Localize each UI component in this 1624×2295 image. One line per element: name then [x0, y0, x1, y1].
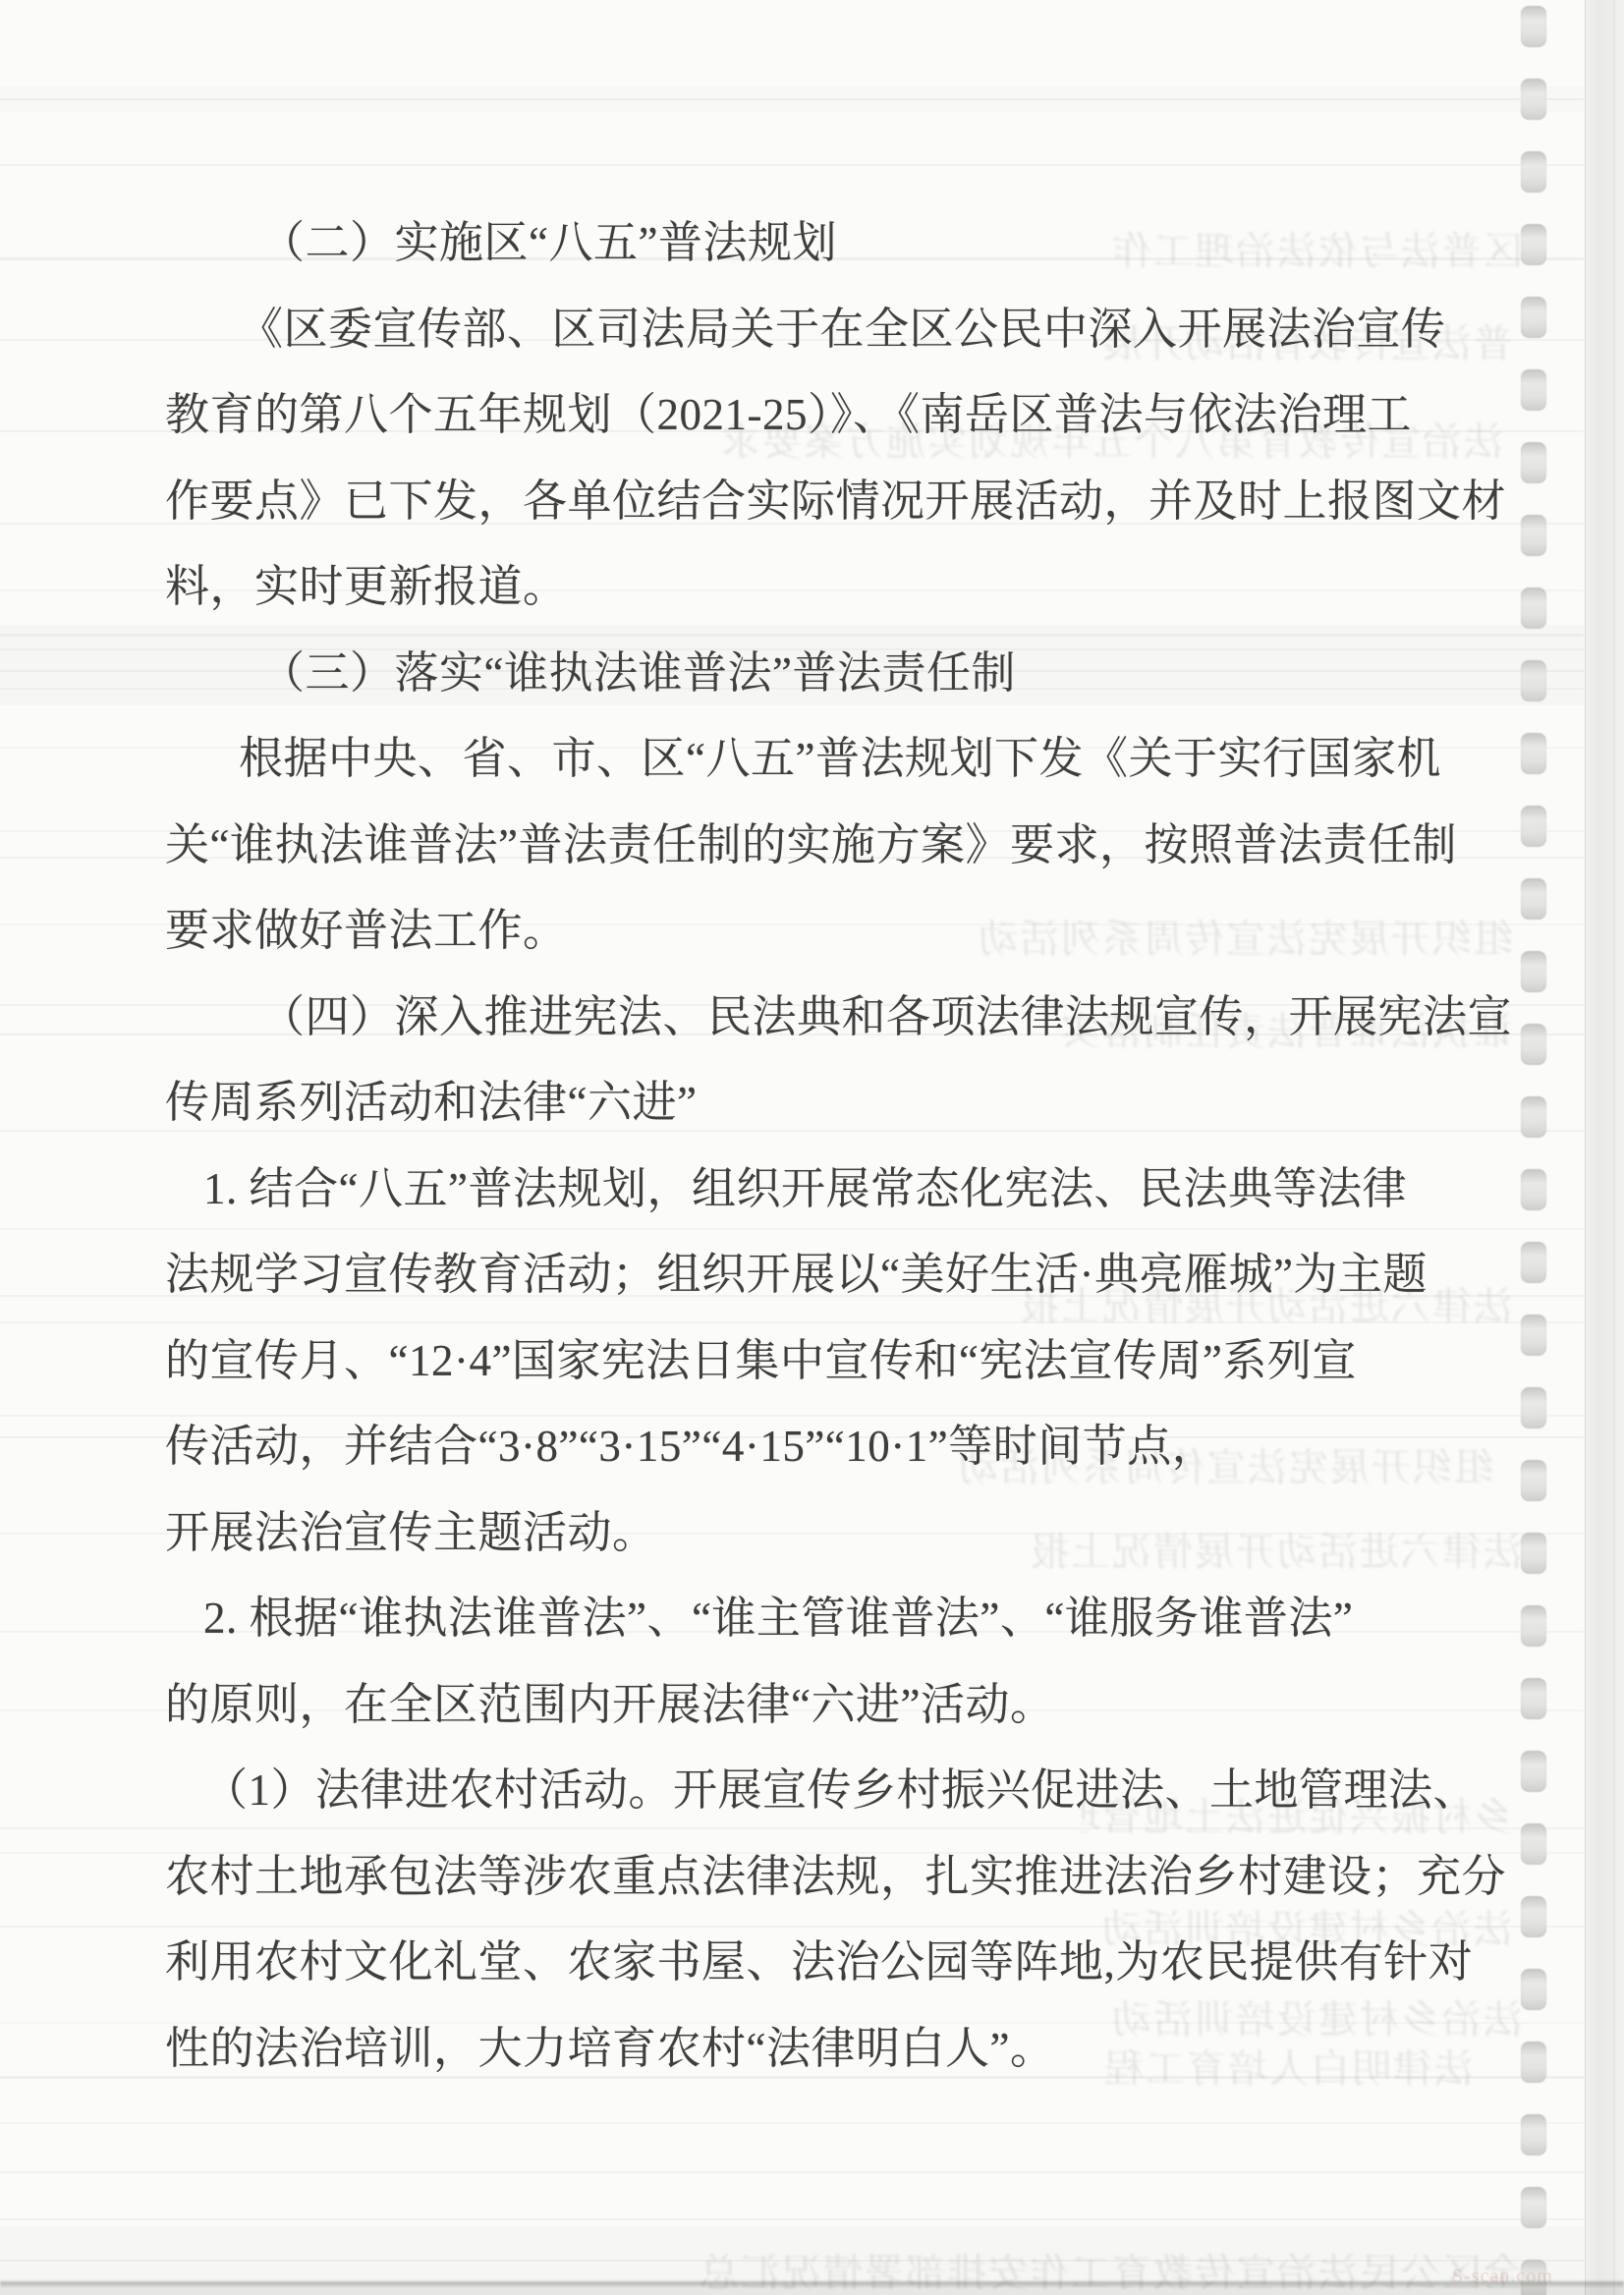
scan-band	[0, 86, 1584, 112]
binding-hole	[1521, 1605, 1546, 1647]
binding-hole	[1521, 6, 1546, 47]
binding-hole	[1521, 1024, 1546, 1065]
binding-hole	[1521, 1896, 1546, 1937]
scan-streak	[0, 98, 1584, 100]
scan-streak	[0, 1321, 1584, 1323]
binding-hole	[1521, 369, 1546, 411]
binding-hole	[1521, 515, 1546, 556]
scan-streak	[0, 164, 1584, 166]
binding-hole	[1521, 733, 1546, 774]
binding-hole	[1521, 442, 1546, 483]
binding-hole	[1521, 2042, 1546, 2083]
document-line: 关“谁执法谁普法”普法责任制的实施方案》要求，按照普法责任制	[165, 823, 1457, 868]
document-line: （三）落实“谁执法谁普法”普法责任制	[260, 651, 1016, 696]
document-line: 《区委宣传部、区司法局关于在全区公民中深入开展法治宣传	[239, 308, 1446, 352]
binding-hole	[1521, 224, 1546, 265]
binding-hole	[1521, 2114, 1546, 2155]
binding-hole	[1521, 806, 1546, 847]
bleed-through-text: 区普法与依法治理工作	[1041, 232, 1523, 271]
document-line: 性的法治培训，大力培育农村“法律明白人”。	[165, 2027, 1054, 2071]
binding-hole	[1521, 1751, 1546, 1792]
document-line: （二）实施区“八五”普法规划	[260, 221, 837, 265]
document-line: 根据中央、省、市、区“八五”普法规划下发《关于实行国家机	[239, 737, 1441, 781]
binding-hole	[1521, 1315, 1546, 1356]
binding-hole	[1521, 1678, 1546, 1719]
document-line: （1）法律进农村活动。开展宣传乡村振兴促进法、土地管理法、	[203, 1768, 1478, 1813]
scan-streak	[0, 2122, 1584, 2124]
document-line: 传活动，并结合“3·8”“3·15”“4·15”“10·1”等时间节点，	[165, 1425, 1216, 1469]
document-line: 教育的第八个五年规划（2021-25）》、《南岳区普法与依法治理工	[165, 393, 1412, 437]
binding-hole	[1521, 151, 1546, 193]
document-line: 利用农村文化礼堂、农家书屋、法治公园等阵地,为农民提供有针对	[165, 1940, 1473, 1985]
bleed-through-text: 法律六进活动开展情况上报	[815, 1533, 1523, 1572]
document-line: 的原则，在全区范围内开展法律“六进”活动。	[165, 1683, 1054, 1727]
scan-band	[0, 2226, 1584, 2283]
document-line: 2. 根据“谁执法谁普法”、“谁主管谁普法”、“谁服务谁普法”	[203, 1596, 1353, 1641]
scan-streak	[0, 1926, 1584, 1928]
document-line: 农村土地承包法等涉农重点法律法规，扎实推进法治乡村建设；充分	[165, 1855, 1506, 1899]
scan-streak	[0, 1228, 1584, 1230]
document-line: 开展法治宣传主题活动。	[165, 1511, 657, 1555]
binding-hole	[1521, 1242, 1546, 1283]
document-line: 传周系列活动和法律“六进”	[165, 1081, 697, 1125]
scan-streak	[0, 2218, 1584, 2220]
binding-hole	[1521, 1460, 1546, 1501]
document-line: 要求做好普法工作。	[165, 909, 568, 953]
binding-hole	[1521, 878, 1546, 920]
scan-streak	[0, 634, 1584, 637]
bleed-through-text: 组织开展宪法宣传周系列活动	[629, 920, 1513, 959]
scanned-document-page: 区普法与依法治理工作普法宣传教育活动开展法治宣传教育第八个五年规划实施方案要求组…	[0, 0, 1624, 2295]
binding-hole	[1521, 588, 1546, 629]
document-line: 1. 结合“八五”普法规划，组织开展常态化宪法、民法典等法律	[203, 1167, 1407, 1211]
scan-streak	[0, 1415, 1584, 1417]
document-line: 料，实时更新报道。	[165, 565, 568, 609]
scan-streak	[0, 1827, 1584, 1829]
binding-hole	[1521, 1823, 1546, 1865]
document-line: （四）深入推进宪法、民法典和各项法律法规宣传，开展宪法宣	[260, 995, 1512, 1039]
document-line: 法规学习宣传教育活动；组织开展以“美好生活·典亮雁城”为主题	[165, 1253, 1428, 1297]
binding-hole	[1521, 297, 1546, 338]
binding-hole	[1521, 1533, 1546, 1574]
binding-hole	[1521, 1096, 1546, 1138]
binding-hole	[1521, 1387, 1546, 1428]
page-bottom-edge-soft	[0, 2286, 1624, 2295]
binding-hole	[1521, 1169, 1546, 1210]
scan-streak	[0, 2171, 1584, 2173]
scan-streak	[0, 2260, 1584, 2262]
binding-hole	[1521, 79, 1546, 120]
document-line: 的宣传月、“12·4”国家宪法日集中宣传和“宪法宣传周”系列宣	[165, 1339, 1357, 1383]
binding-hole	[1521, 1969, 1546, 2010]
page-edge-shadow	[1585, 0, 1624, 2295]
binding-hole	[1521, 660, 1546, 701]
binding-hole	[1521, 951, 1546, 992]
document-line: 作要点》已下发，各单位结合实际情况开展活动，并及时上报图文材	[165, 479, 1506, 524]
page-edge-line	[1613, 0, 1615, 2295]
corner-smudge: S-scan.com	[1452, 2266, 1553, 2288]
scan-streak	[0, 1130, 1584, 1132]
scan-streak	[0, 2076, 1584, 2079]
binding-hole	[1521, 2187, 1546, 2228]
